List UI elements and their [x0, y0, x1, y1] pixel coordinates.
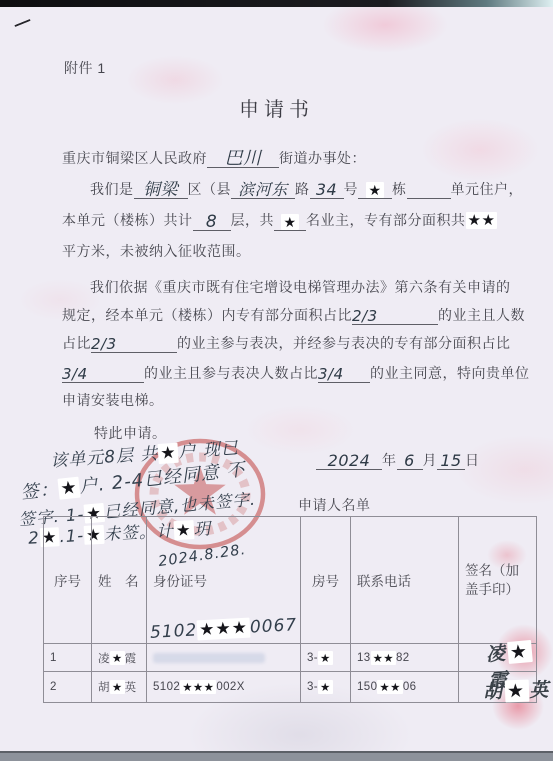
frac1-blank: 2/3 — [352, 308, 438, 325]
road-blank: 滨河东 — [231, 182, 295, 199]
p2-line3: 占比2/3的业主参与表决，并经参与表决的专有部分面积占比 — [62, 333, 511, 353]
frac3-blank: 3/4 — [62, 366, 144, 383]
day-handwriting: 15 — [440, 451, 461, 470]
office-blank: 巴川 — [207, 151, 279, 168]
street-no-blank: 34 — [310, 182, 344, 199]
scan-top-edge — [0, 0, 553, 7]
day-blank: 15 — [437, 453, 465, 470]
floors-handwriting: 8 — [206, 212, 217, 232]
year-label: 年 — [382, 452, 397, 468]
owners-redaction: ★ — [281, 214, 298, 230]
date-line: 2024年6月15日 — [316, 450, 480, 470]
p1-s3: 路 — [295, 181, 310, 197]
p1-s8: 层，共 — [231, 212, 275, 228]
p2-line1: 我们依据《重庆市既有住宅增设电梯管理办法》第六条有关申请的 — [90, 277, 511, 297]
p1-s2: 区（县 — [188, 181, 232, 197]
page-title: 申请书 — [0, 100, 553, 120]
p2-l4b: 的业主同意，特向贵单位 — [370, 365, 530, 381]
year-handwriting: 2024 — [328, 451, 371, 470]
office-handwriting: 巴川 — [225, 148, 262, 169]
road-handwriting: 滨河东 — [238, 180, 288, 199]
month-blank: 6 — [397, 453, 423, 470]
p2-l2b: 的业主且人数 — [438, 307, 525, 323]
row1-id — [147, 644, 301, 672]
district-blank: 铜梁 — [134, 182, 188, 199]
year-blank: 2024 — [316, 453, 382, 470]
salutation-post: 街道办事处： — [279, 150, 366, 166]
p1-s6: 单元住户， — [451, 181, 524, 197]
header-room: 房号 — [301, 517, 351, 644]
frac3-handwriting: 3/4 — [62, 365, 88, 383]
scan-bottom-edge — [0, 751, 553, 761]
applicant-table: 序号 姓 名 身份证号 房号 联系电话 签名（加盖手印） 1 凌★霞 3-★ 1… — [43, 516, 537, 703]
salutation-line: 重庆市铜梁区人民政府巴川街道办事处： — [62, 148, 366, 168]
p2-line4: 3/4的业主且参与表决人数占比3/4的业主同意，特向贵单位 — [62, 363, 530, 383]
p1-s5: 栋 — [392, 181, 407, 197]
p1-s4: 号 — [344, 181, 359, 197]
row2-id: 5102★★★002X — [147, 672, 301, 702]
row1-phone: 13★★82 — [351, 644, 459, 672]
area-redaction: ★★ — [466, 212, 498, 229]
p2-line2: 规定，经本单元（楼栋）内专有部分面积占比2/3的业主且人数 — [62, 305, 525, 325]
frac4-blank: 3/4 — [318, 366, 370, 383]
salutation-pre: 重庆市铜梁区人民政府 — [62, 150, 207, 166]
pen-mark — [14, 19, 31, 27]
p1-line3: 平方米，未被纳入征收范围。 — [62, 241, 251, 261]
building-redaction: ★ — [366, 182, 383, 198]
p2-l2a: 规定，经本单元（楼栋）内专有部分面积占比 — [62, 307, 352, 323]
p2-l3a: 占比 — [62, 335, 91, 351]
day-label: 日 — [465, 452, 480, 468]
building-blank: ★ — [358, 182, 392, 199]
row1-id-smudge — [153, 653, 265, 663]
row2-no: 2 — [44, 672, 92, 702]
header-signature: 签名（加盖手印） — [459, 517, 536, 644]
application-form-scan: 附件 1 申请书 重庆市铜梁区人民政府巴川街道办事处： 我们是铜梁区（县滨河东路… — [0, 0, 553, 761]
row2-signature: 胡★英 — [483, 675, 552, 704]
p1-line2: 本单元（楼栋）共计8层，共★名业主，专有部分面积共★★ — [62, 210, 497, 231]
p2-l3b: 的业主参与表决，并经参与表决的专有部分面积占比 — [177, 335, 511, 351]
street-no-handwriting: 34 — [316, 180, 337, 199]
row1-name: 凌★霞 — [92, 644, 147, 672]
month-label: 月 — [423, 452, 438, 468]
p1-s9: 名业主，专有部分面积共 — [306, 212, 466, 228]
unit-blank — [407, 198, 451, 199]
attachment-label: 附件 1 — [64, 58, 106, 78]
header-no: 序号 — [44, 517, 92, 644]
header-phone: 联系电话 — [351, 517, 459, 644]
p2-l4a: 的业主且参与表决人数占比 — [144, 365, 318, 381]
district-handwriting: 铜梁 — [143, 180, 178, 200]
p1-s1: 我们是 — [90, 181, 134, 197]
frac2-handwriting: 2/3 — [91, 335, 117, 353]
month-handwriting: 6 — [404, 451, 415, 470]
header-name: 姓 名 — [92, 517, 147, 644]
row2-room: 3-★ — [301, 672, 351, 702]
row2-phone: 150★★06 — [351, 672, 459, 702]
p1-line1: 我们是铜梁区（县滨河东路34号★栋单元住户， — [90, 179, 523, 199]
row1-no: 1 — [44, 644, 92, 672]
floors-blank: 8 — [193, 214, 231, 231]
owners-blank: ★ — [274, 214, 306, 231]
applicant-list-label: 申请人名单 — [298, 495, 371, 515]
p2-line5: 申请安装电梯。 — [62, 390, 164, 410]
p1-s7: 本单元（楼栋）共计 — [62, 212, 193, 228]
row2-name: 胡★英 — [92, 672, 147, 702]
frac2-blank: 2/3 — [91, 336, 177, 353]
row1-room: 3-★ — [301, 644, 351, 672]
frac1-handwriting: 2/3 — [352, 307, 378, 325]
frac4-handwriting: 3/4 — [318, 365, 344, 383]
